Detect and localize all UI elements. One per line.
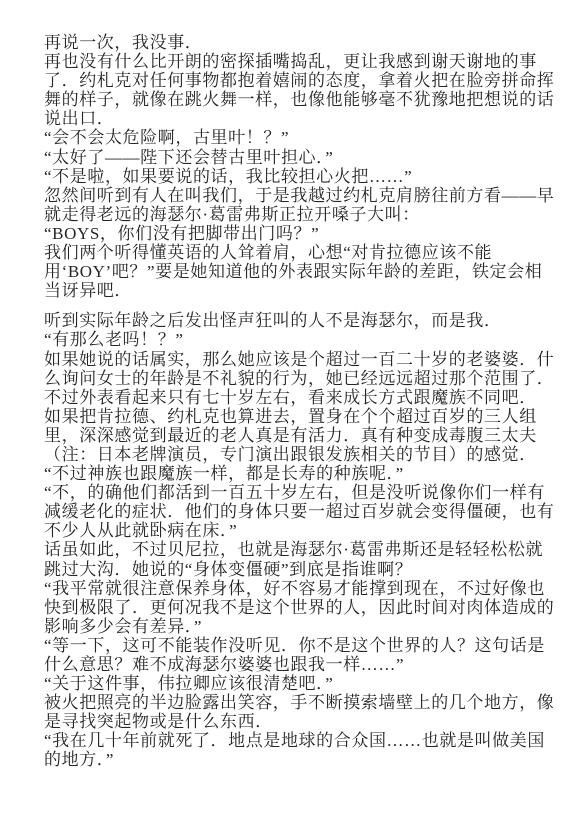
- text-line: 不少人从此就卧病在床．”: [44, 521, 544, 540]
- text-line: 再说一次，我没事．: [44, 33, 544, 52]
- text-line: 被火把照亮的半边脸露出笑容，手不断摸索墙壁上的几个地方，像: [44, 693, 544, 712]
- scanned-page: 再说一次，我没事．再也没有什么比开朗的密探插嘴捣乱，更让我感到谢天谢地的事了．约…: [0, 0, 583, 828]
- text-line: 就走得老远的海瑟尔·葛雷弗斯正拉开嗓子大叫：: [44, 205, 544, 224]
- blank-line: [44, 300, 544, 311]
- text-line: 舞的样子，就像在跳火舞一样，也像他能够毫不犹豫地把想说的话: [44, 90, 544, 109]
- text-line: 里，深深感觉到最近的老人真是有活力．真有种变成毒腹三太夫: [44, 426, 544, 445]
- text-line: 如果她说的话属实，那么她应该是个超过一百二十岁的老婆婆．什: [44, 350, 544, 369]
- text-line: “我平常就很注意保养身体，好不容易才能撑到现在，不过好像也: [44, 579, 544, 598]
- text-line: （注：日本老牌演员，专门演出跟银发族相关的节目）的感觉．: [44, 445, 544, 464]
- text-line: “关于这件事，伟拉卿应该很清楚吧．”: [44, 674, 544, 693]
- text-line: 忽然间听到有人在叫我们，于是我越过约札克肩膀往前方看——早: [44, 186, 544, 205]
- text-line: 话虽如此，不过贝尼拉，也就是海瑟尔·葛雷弗斯还是轻轻松松就: [44, 540, 544, 559]
- text-line: 当讶异吧．: [44, 281, 544, 300]
- text-line: 用‘BOY’吧？”要是她知道他的外表跟实际年龄的差距，铁定会相: [44, 262, 544, 281]
- text-line: “会不会太危险啊，古里叶！？”: [44, 128, 544, 147]
- text-line: “BOYS，你们没有把脚带出门吗？”: [44, 224, 544, 243]
- text-line: 是寻找突起物或是什么东西．: [44, 712, 544, 731]
- text-line: 了．约札克对任何事物都抱着嬉闹的态度，拿着火把在脸旁拼命挥: [44, 71, 544, 90]
- text-line: 再也没有什么比开朗的密探插嘴捣乱，更让我感到谢天谢地的事: [44, 52, 544, 71]
- text-line: 的地方．”: [44, 750, 544, 769]
- text-line: 跳过大沟．她说的“身体变僵硬”到底是指谁啊？: [44, 560, 544, 579]
- text-line: 影响多少会有差异．”: [44, 617, 544, 636]
- text-line: 么询问女士的年龄是不礼貌的行为，她已经远远超过那个范围了．: [44, 369, 544, 388]
- text-line: 如果把肯拉德、约札克也算进去，置身在个个超过百岁的三人组: [44, 407, 544, 426]
- text-line: “太好了——陛下还会替古里叶担心．”: [44, 148, 544, 167]
- text-line: 说出口．: [44, 109, 544, 128]
- text-line: “有那么老吗！？”: [44, 330, 544, 349]
- text-line: “等一下，这可不能装作没听见．你不是这个世界的人？这句话是: [44, 636, 544, 655]
- text-line: “不，的确他们都活到一百五十岁左右，但是没听说像你们一样有: [44, 483, 544, 502]
- text-line: 什么意思？难不成海瑟尔婆婆也跟我一样……”: [44, 655, 544, 674]
- page-text: 再说一次，我没事．再也没有什么比开朗的密探插嘴捣乱，更让我感到谢天谢地的事了．约…: [44, 33, 544, 770]
- text-line: 减缓老化的症状．他们的身体只要一超过百岁就会变得僵硬，也有: [44, 502, 544, 521]
- text-line: “我在几十年前就死了．地点是地球的合众国……也就是叫做美国: [44, 731, 544, 750]
- text-line: “不是啦，如果要说的话，我比较担心火把……”: [44, 167, 544, 186]
- text-line: 不过外表看起来只有七十岁左右，看来成长方式跟魔族不同吧．: [44, 388, 544, 407]
- text-line: 我们两个听得懂英语的人耸着肩，心想“对肯拉德应该不能: [44, 243, 544, 262]
- text-line: “不过神族也跟魔族一样，都是长寿的种族呢．”: [44, 464, 544, 483]
- text-line: 快到极限了．更何况我不是这个世界的人，因此时间对肉体造成的: [44, 598, 544, 617]
- text-line: 听到实际年龄之后发出怪声狂叫的人不是海瑟尔，而是我．: [44, 311, 544, 330]
